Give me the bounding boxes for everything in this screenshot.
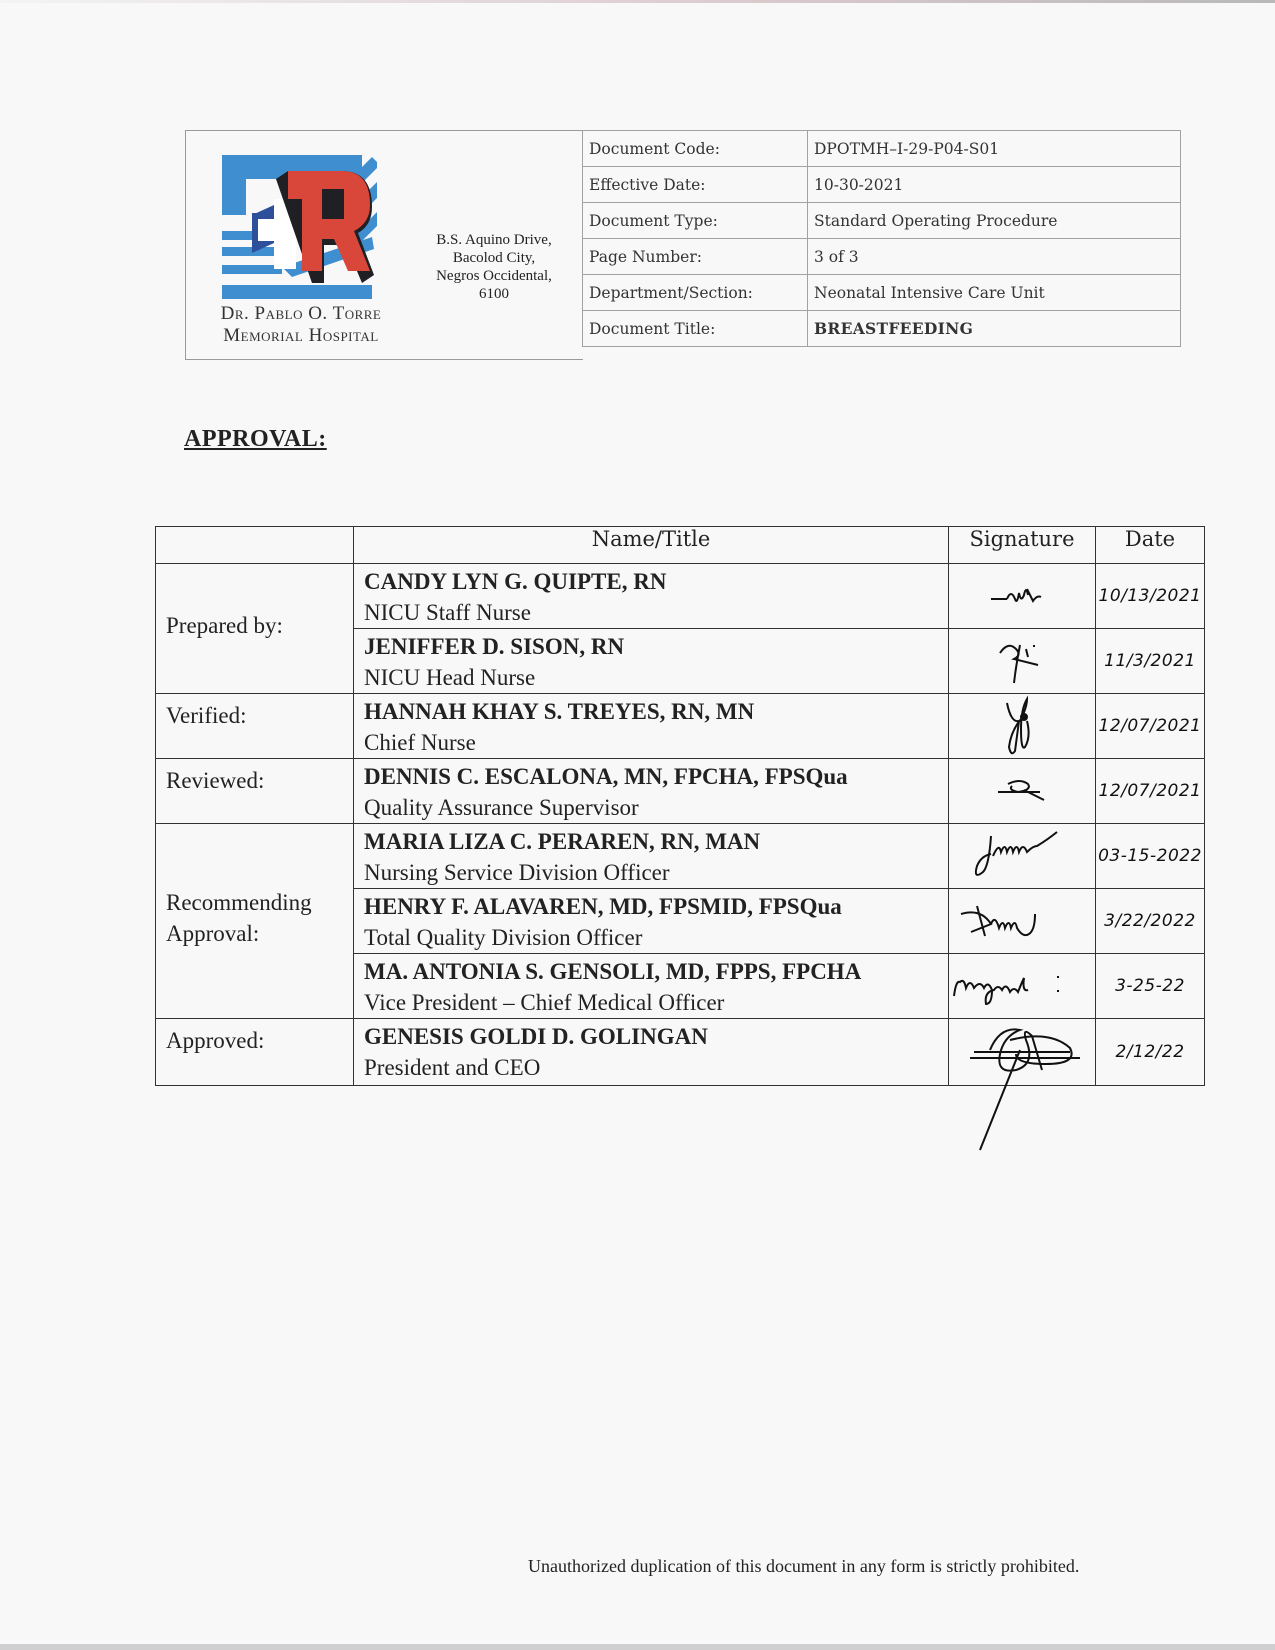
hospital-name: Dr. Pablo O. Torre Memorial Hospital [186,303,416,347]
document-meta-table: Document Code:DPOTMH–I-29-P04-S01 Effect… [582,130,1181,347]
address-line: Bacolod City, [414,249,574,267]
signature-cell [949,954,1096,1019]
signature-header: Signature [949,527,1096,564]
signature-icon [957,826,1087,886]
signature-icon [992,635,1052,687]
meta-value: Standard Operating Procedure [808,203,1181,239]
page-edge [0,1644,1275,1650]
date-header: Date [1096,527,1205,564]
role-label-line: Approval: [166,918,343,949]
signature-icon [952,966,1092,1006]
meta-label: Effective Date: [583,167,808,203]
document-title-value: BREASTFEEDING [808,311,1181,347]
person-cell: MARIA LIZA C. PERAREN, RN, MAN Nursing S… [354,824,949,889]
page-edge [0,0,1275,3]
meta-value: Neonatal Intensive Care Unit [808,275,1181,311]
role-verified: Verified: [156,694,354,759]
approval-header-row: Name/Title Signature Date [156,527,1205,564]
address-line: Negros Occidental, [414,267,574,285]
table-row: Prepared by: CANDY LYN G. QUIPTE, RN NIC… [156,564,1205,629]
role-reviewed: Reviewed: [156,759,354,824]
signature-cell [949,824,1096,889]
person-title: Total Quality Division Officer [364,922,938,953]
signature-cell [949,889,1096,954]
person-name: MA. ANTONIA S. GENSOLI, MD, FPPS, FPCHA [364,956,938,987]
meta-row: Effective Date:10-30-2021 [583,167,1181,203]
footer-notice: Unauthorized duplication of this documen… [528,1556,1079,1577]
date-cell: 11/3/2021 [1096,629,1205,694]
meta-row: Department/Section:Neonatal Intensive Ca… [583,275,1181,311]
signature-icon [950,1020,1094,1084]
date-cell: 12/07/2021 [1096,759,1205,824]
meta-label: Document Title: [583,311,808,347]
signature-cell [949,564,1096,629]
signature-cell [949,759,1096,824]
table-row: Approved: GENESIS GOLDI D. GOLINGAN Pres… [156,1019,1205,1086]
meta-row: Document Code:DPOTMH–I-29-P04-S01 [583,131,1181,167]
approval-table: Name/Title Signature Date Prepared by: C… [155,526,1205,1086]
table-row: Recommending Approval: MARIA LIZA C. PER… [156,824,1205,889]
signature-cell [949,694,1096,759]
person-cell: GENESIS GOLDI D. GOLINGAN President and … [354,1019,949,1086]
signature-icon [987,581,1057,611]
person-title: Vice President – Chief Medical Officer [364,987,938,1018]
hospital-name-line2: Memorial Hospital [186,325,416,347]
role-header [156,527,354,564]
person-title: Quality Assurance Supervisor [364,792,938,823]
hospital-address: B.S. Aquino Drive, Bacolod City, Negros … [414,231,574,303]
person-cell: CANDY LYN G. QUIPTE, RN NICU Staff Nurse [354,564,949,629]
person-title: NICU Staff Nurse [364,597,938,628]
meta-label: Page Number: [583,239,808,275]
person-cell: DENNIS C. ESCALONA, MN, FPCHA, FPSQua Qu… [354,759,949,824]
hospital-logo-icon [222,147,377,302]
person-name: CANDY LYN G. QUIPTE, RN [364,566,938,597]
person-name: JENIFFER D. SISON, RN [364,631,938,662]
date-cell: 03-15-2022 [1096,824,1205,889]
signature-icon [997,695,1047,757]
role-prepared: Prepared by: [156,564,354,694]
address-line: 6100 [414,285,574,303]
meta-label: Department/Section: [583,275,808,311]
meta-label: Document Type: [583,203,808,239]
signature-icon [992,776,1052,806]
meta-label: Document Code: [583,131,808,167]
person-title: Nursing Service Division Officer [364,857,938,888]
role-recommending-approval: Recommending Approval: [156,824,354,1019]
meta-value: DPOTMH–I-29-P04-S01 [808,131,1181,167]
date-cell: 3/22/2022 [1096,889,1205,954]
person-name: HENRY F. ALAVAREN, MD, FPSMID, FPSQua [364,891,938,922]
person-cell: MA. ANTONIA S. GENSOLI, MD, FPPS, FPCHA … [354,954,949,1019]
signature-cell [949,629,1096,694]
person-title: Chief Nurse [364,727,938,758]
signature-cell [949,1019,1096,1086]
name-title-header: Name/Title [354,527,949,564]
role-label-line: Recommending [166,887,343,918]
meta-value: 3 of 3 [808,239,1181,275]
date-cell: 12/07/2021 [1096,694,1205,759]
person-cell: JENIFFER D. SISON, RN NICU Head Nurse [354,629,949,694]
table-row: Reviewed: DENNIS C. ESCALONA, MN, FPCHA,… [156,759,1205,824]
meta-row: Document Title:BREASTFEEDING [583,311,1181,347]
person-name: DENNIS C. ESCALONA, MN, FPCHA, FPSQua [364,761,938,792]
header-logo-frame: Dr. Pablo O. Torre Memorial Hospital B.S… [185,130,583,360]
document-header: Dr. Pablo O. Torre Memorial Hospital B.S… [185,130,1185,362]
meta-row: Document Type:Standard Operating Procedu… [583,203,1181,239]
hospital-name-line1: Dr. Pablo O. Torre [186,303,416,325]
date-cell: 2/12/22 [1096,1019,1205,1086]
signature-icon [957,896,1087,946]
person-title: President and CEO [364,1052,938,1083]
person-name: MARIA LIZA C. PERAREN, RN, MAN [364,826,938,857]
meta-row: Page Number:3 of 3 [583,239,1181,275]
address-line: B.S. Aquino Drive, [414,231,574,249]
role-approved: Approved: [156,1019,354,1086]
meta-value: 10-30-2021 [808,167,1181,203]
date-cell: 10/13/2021 [1096,564,1205,629]
date-cell: 3-25-22 [1096,954,1205,1019]
person-cell: HENRY F. ALAVAREN, MD, FPSMID, FPSQua To… [354,889,949,954]
person-cell: HANNAH KHAY S. TREYES, RN, MN Chief Nurs… [354,694,949,759]
approval-heading: APPROVAL: [184,426,327,453]
table-row: Verified: HANNAH KHAY S. TREYES, RN, MN … [156,694,1205,759]
person-title: NICU Head Nurse [364,662,938,693]
person-name: HANNAH KHAY S. TREYES, RN, MN [364,696,938,727]
person-name: GENESIS GOLDI D. GOLINGAN [364,1021,938,1052]
